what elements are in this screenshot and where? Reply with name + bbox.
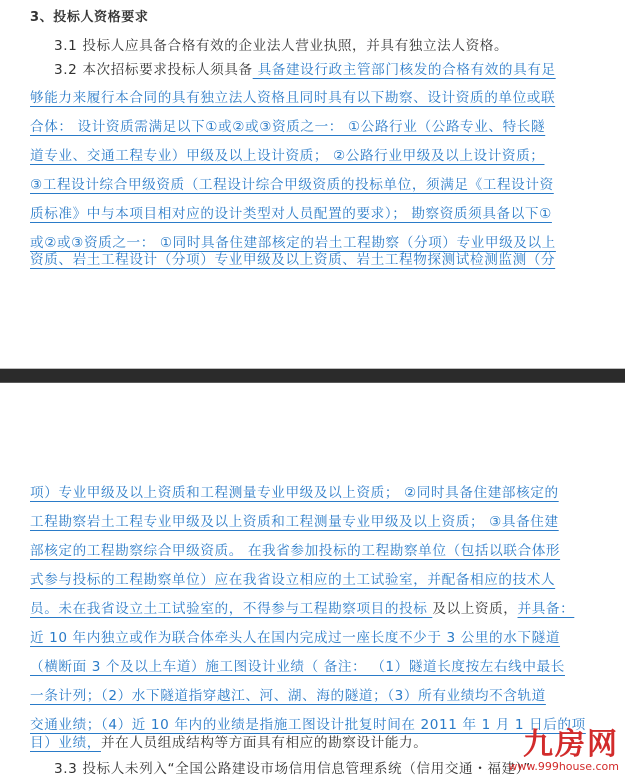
text-line: 合体： 设计资质需满足以下①或②或③资质之一： ①公路行业（公路专业、特长隧 (30, 117, 575, 137)
text-line: 目）业绩，并在人员组成结构等方面具有相应的勘察设计能力。 (30, 733, 575, 753)
text-line: 交通业绩；（4）近 10 年内的业绩是指施工图设计批复时间在 2011 年 1 … (30, 715, 575, 735)
text-line: 一条计列；（2）水下隧道指穿越江、河、湖、海的隧道；（3）所有业绩均不含轨道 (30, 686, 575, 706)
watermark-url: www.999house.com (508, 760, 619, 773)
text-line: 够能力来履行本合同的具有独立法人资格且同时具有以下勘察、设计资质的单位或联 (30, 88, 575, 108)
text-line: 式参与投标的工程勘察单位）应在我省设立相应的土工试验室，并配备相应的技术人 (30, 570, 575, 590)
text-line: 道专业、交通工程专业）甲级及以上设计资质； ②公路行业甲级及以上设计资质； (30, 146, 575, 166)
clause-3-2-link[interactable]: 具备建设行政主管部门核发的合格有效的具有足 (253, 62, 556, 78)
page-break-divider (0, 368, 625, 383)
text-line: 工程勘察岩土工程专业甲级及以上资质和工程测量专业甲级及以上资质； ③具备住建 (30, 512, 575, 532)
document-page-top: 3、投标人资格要求 3.1 投标人应具备合格有效的企业法人营业执照，并具有独立法… (0, 0, 625, 368)
watermark-logo: 九房网 (508, 730, 619, 760)
clause-3-2: 3.2 本次招标要求投标人须具备 具备建设行政主管部门核发的合格有效的具有足 (54, 60, 599, 80)
text-line: 质标准》中与本项目相对应的设计类型对人员配置的要求）； 勘察资质须具备以下① (30, 204, 575, 224)
watermark: 九房网 www.999house.com (508, 730, 619, 773)
text-line: ③工程设计综合甲级资质（工程设计综合甲级资质的投标单位，须满足《工程设计资 (30, 175, 575, 195)
text-line: （横断面 3 个及以上车道）施工图设计业绩（ 备注： （1）隧道长度按左右线中最… (30, 657, 575, 677)
clause-3-1: 3.1 投标人应具备合格有效的企业法人营业执照，并具有独立法人资格。 (54, 36, 599, 56)
text-line: 资质、岩土工程设计（分项）专业甲级及以上资质、岩土工程物探测试检测监测（分 (30, 250, 575, 270)
text-line: 部核定的工程勘察综合甲级资质。 在我省参加投标的工程勘察单位（包括以联合体形 (30, 541, 575, 561)
text-line: 近 10 年内独立或作为联合体牵头人在国内完成过一座长度不少于 3 公里的水下隧… (30, 628, 575, 648)
section-heading: 3、投标人资格要求 (30, 8, 575, 28)
text-line: 项）专业甲级及以上资质和工程测量专业甲级及以上资质； ②同时具备住建部核定的 (30, 483, 575, 503)
text-line: 员。未在我省设立土工试验室的，不得参与工程勘察项目的投标 及以上资质，并具备： (30, 599, 575, 619)
document-page-bottom: 项）专业甲级及以上资质和工程测量专业甲级及以上资质； ②同时具备住建部核定的 工… (0, 383, 625, 779)
